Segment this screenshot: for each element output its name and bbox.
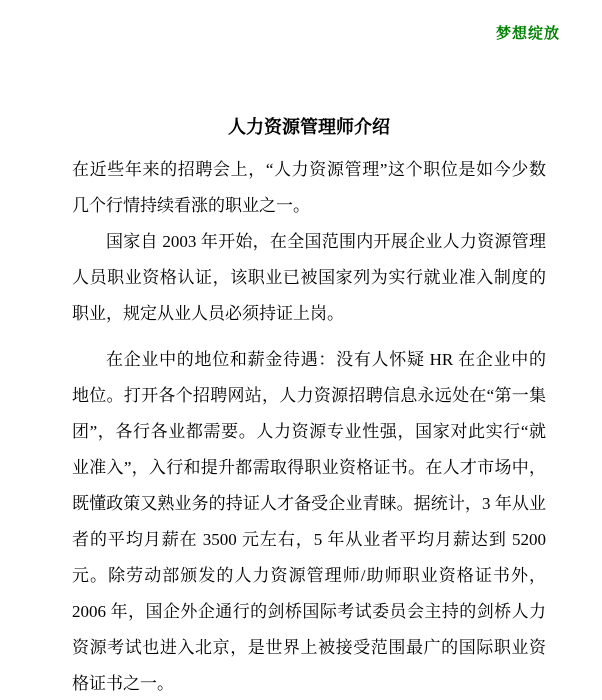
document-title: 人力资源管理师介绍: [72, 109, 546, 145]
document-content: 人力资源管理师介绍 在近些年来的招聘会上，“人力资源管理”这个职位是如今少数几个…: [72, 0, 546, 700]
paragraph-certification: 国家自 2003 年开始，在全国范围内开展企业人力资源管理人员职业资格认证，该职…: [72, 224, 546, 332]
document-page: 梦想绽放 人力资源管理师介绍 在近些年来的招聘会上，“人力资源管理”这个职位是如…: [0, 0, 602, 700]
paragraph-status-salary: 在企业中的地位和薪金待遇：没有人怀疑 HR 在企业中的地位。打开各个招聘网站，人…: [72, 342, 546, 700]
paragraph-intro: 在近些年来的招聘会上，“人力资源管理”这个职位是如今少数几个行情持续看涨的职业之…: [72, 152, 546, 224]
